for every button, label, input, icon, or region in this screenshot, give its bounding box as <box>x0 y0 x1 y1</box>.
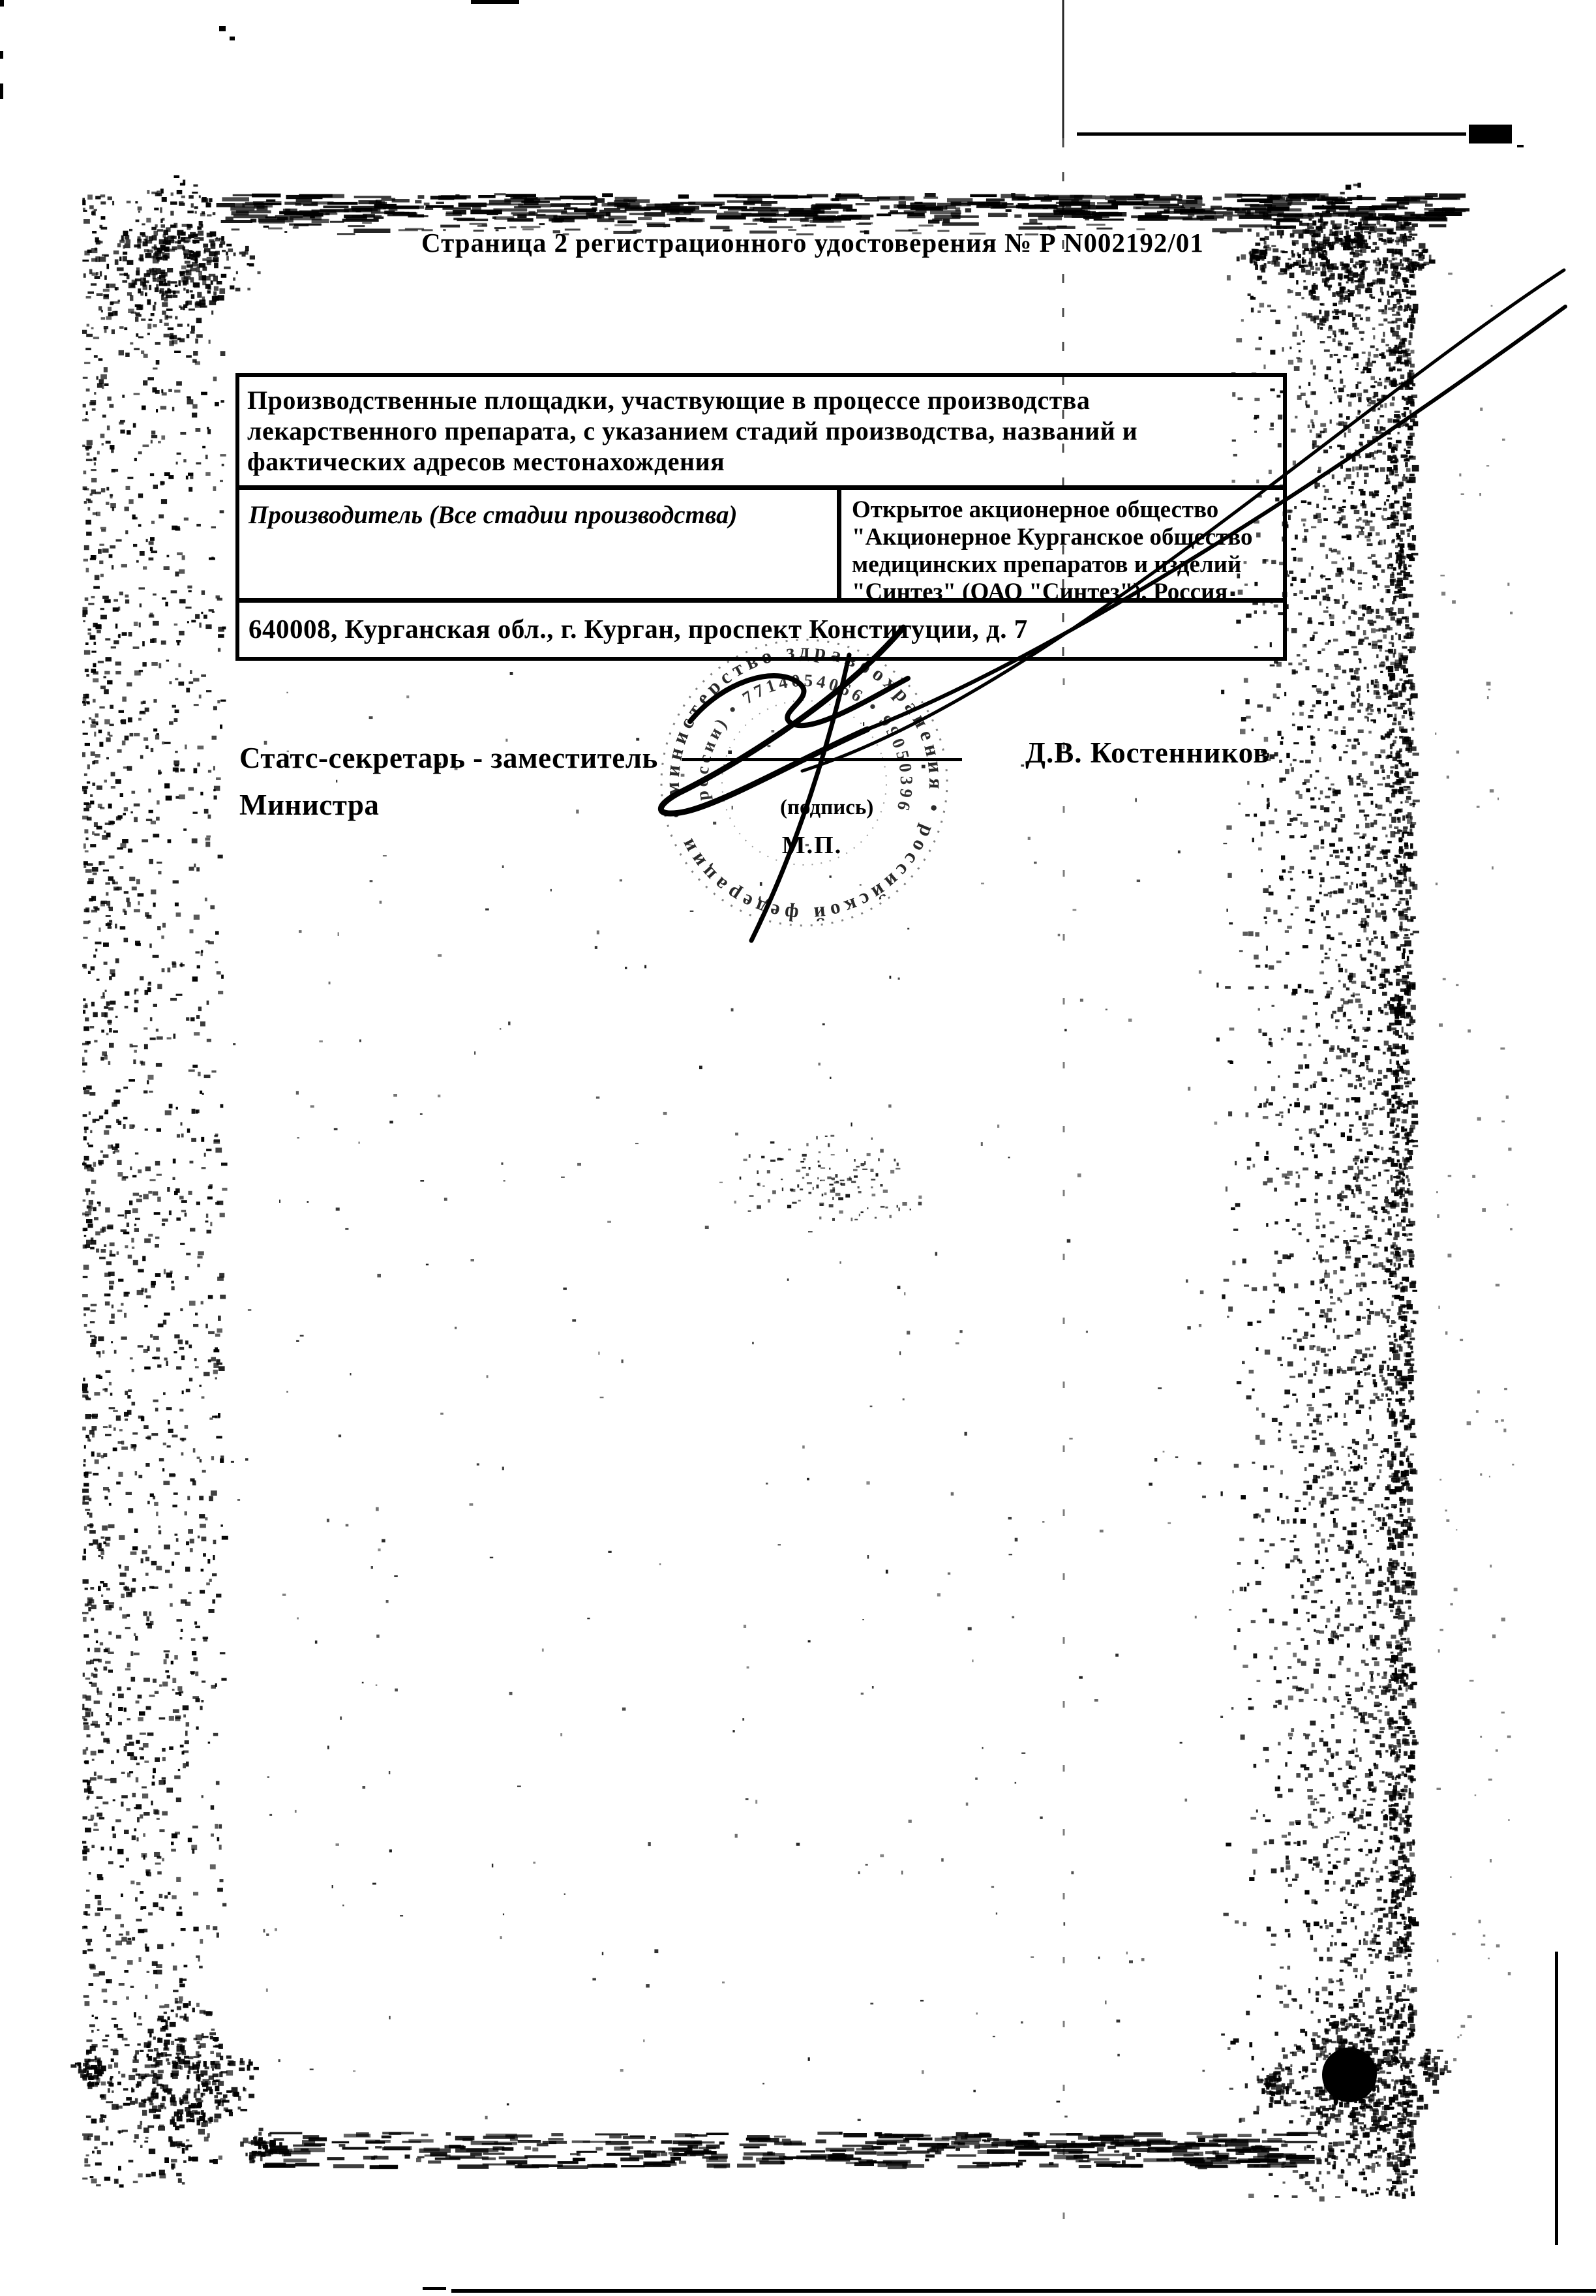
signatory-title: Статс-секретарь - заместитель Министра <box>239 734 658 828</box>
signatory-title-line2: Министра <box>239 781 658 828</box>
table-row: Производитель (Все стадии производства) … <box>239 485 1283 598</box>
bottom-guilloche-band <box>248 2132 1321 2169</box>
production-sites-table: Производственные площадки, участвующие в… <box>235 373 1287 661</box>
scanned-certificate-page: • министерство здравоохранения • российс… <box>0 0 1596 2296</box>
signatory-title-line1: Статс-секретарь - заместитель <box>239 734 658 781</box>
vertical-fold-line <box>1063 0 1064 2231</box>
producer-role-cell: Производитель (Все стадии производства) <box>239 490 837 598</box>
producer-address-cell: 640008, Курганская обл., г. Курган, прос… <box>239 598 1283 656</box>
decorations-layer: • министерство здравоохранения • российс… <box>0 0 1596 2296</box>
seal-place-mark: М.П. <box>779 831 845 860</box>
top-right-black-box <box>1469 125 1512 143</box>
signature-caption: (подпись) <box>780 796 871 820</box>
signatory-name: Д.В. Костенников <box>1025 736 1269 770</box>
bottom-edge-line <box>423 2287 1596 2293</box>
producer-name-cell: Открытое акционерное общество "Акционерн… <box>837 490 1283 598</box>
signature-line <box>682 758 962 761</box>
punch-hole-dot <box>1322 2047 1377 2102</box>
table-header-cell: Производственные площадки, участвующие в… <box>239 377 1283 485</box>
right-crease-line <box>1555 1952 1558 2245</box>
left-border-texture <box>82 190 228 2188</box>
top-right-rule <box>1077 125 1524 147</box>
page-title: Страница 2 регистрационного удостоверени… <box>421 227 1204 258</box>
edge-ticks <box>0 0 519 99</box>
